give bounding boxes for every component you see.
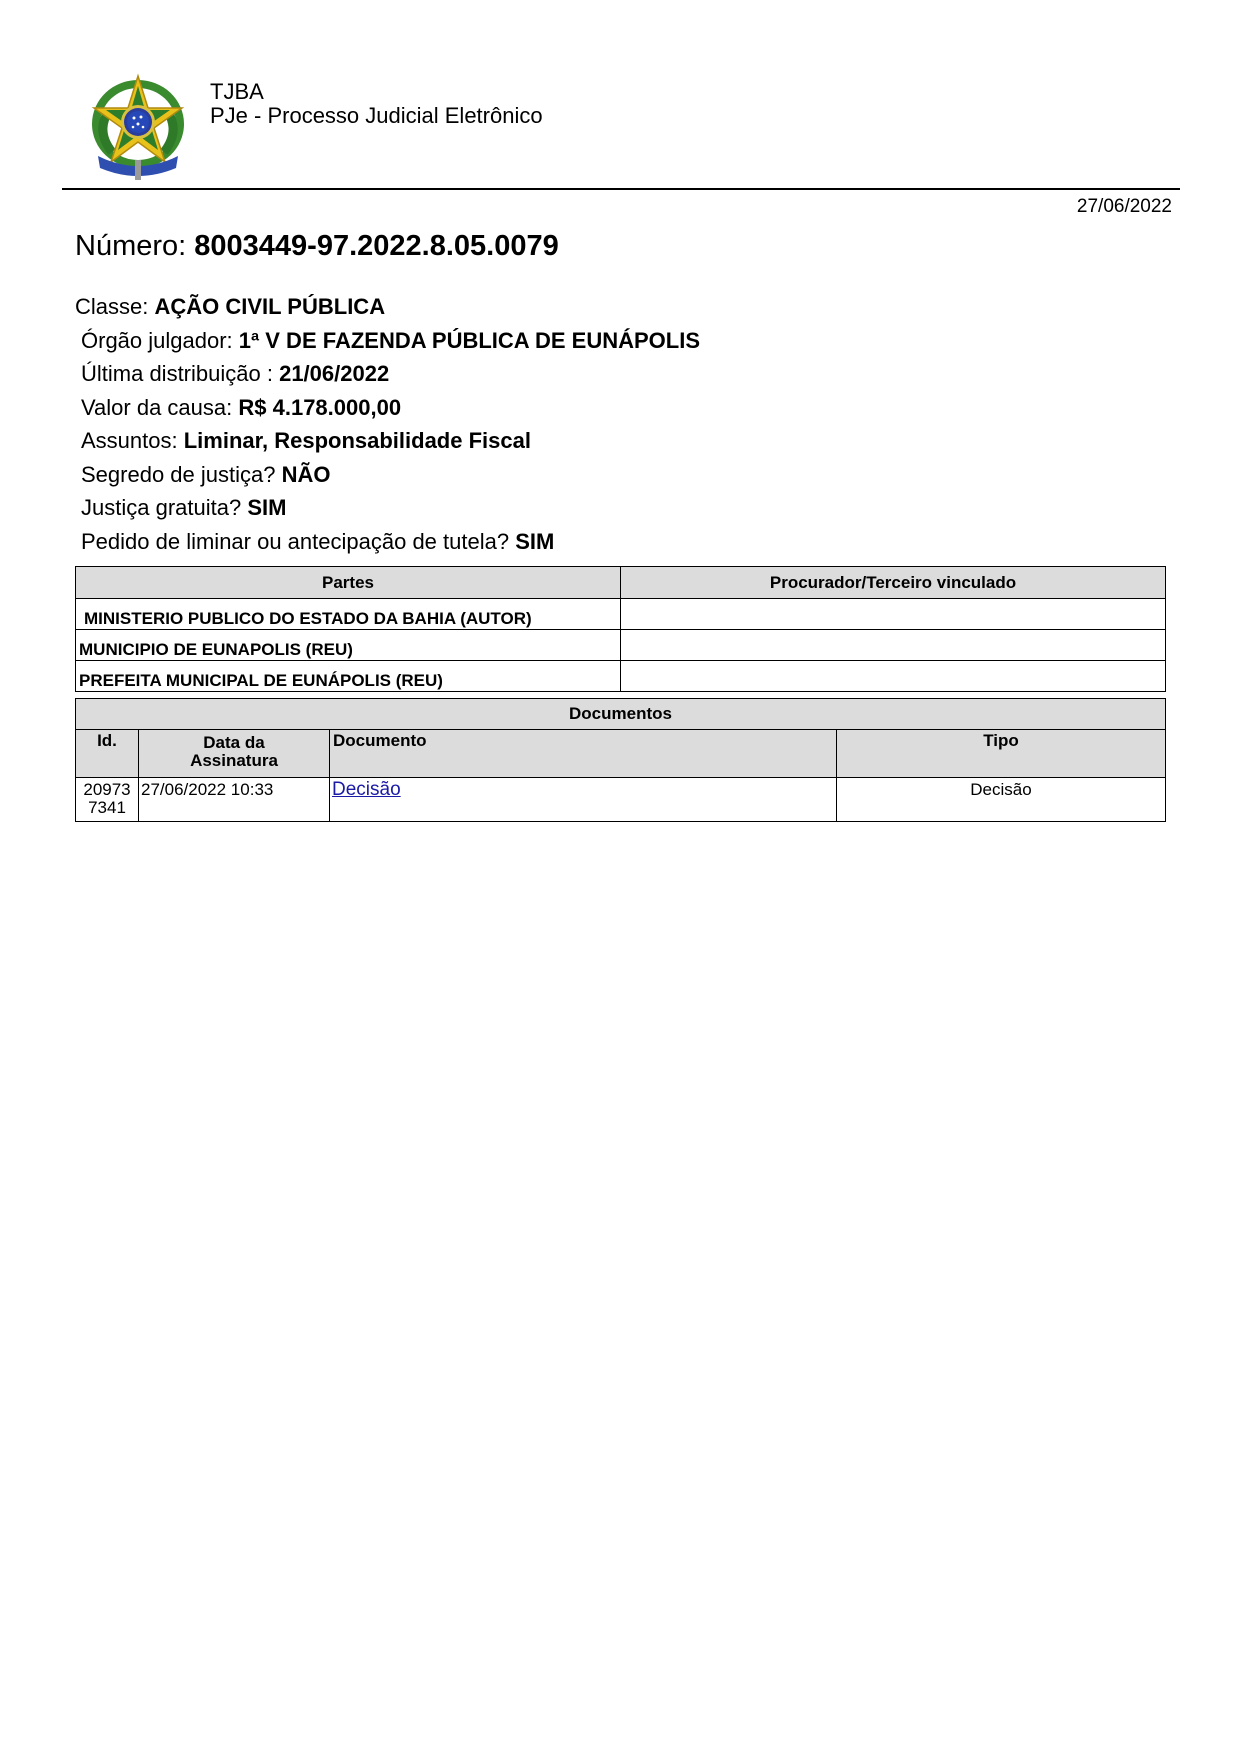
field-value: R$ 4.178.000,00	[238, 395, 401, 420]
table-row: MINISTERIO PUBLICO DO ESTADO DA BAHIA (A…	[76, 599, 1166, 630]
table-row: 20973 7341 27/06/2022 10:33 Decisão Deci…	[76, 778, 1166, 822]
field-label: Valor da causa:	[81, 395, 232, 420]
table-header-row: Id. Data da Assinatura Documento Tipo	[76, 730, 1166, 778]
table-title-row: Documentos	[76, 699, 1166, 730]
column-header-partes: Partes	[76, 567, 621, 599]
column-header-id: Id.	[76, 730, 139, 778]
table-row: MUNICIPIO DE EUNAPOLIS (REU)	[76, 630, 1166, 661]
process-number-label: Número:	[75, 230, 186, 262]
procurador-cell	[621, 630, 1166, 661]
field-ultima-distribuicao: Última distribuição : 21/06/2022	[75, 359, 700, 393]
header-divider	[62, 188, 1180, 190]
field-value: NÃO	[282, 462, 331, 487]
process-number-value: 8003449-97.2022.8.05.0079	[194, 230, 558, 262]
procurador-cell	[621, 599, 1166, 630]
field-value: Liminar, Responsabilidade Fiscal	[184, 428, 531, 453]
field-label: Justiça gratuita?	[81, 495, 241, 520]
document-link-decisao[interactable]: Decisão	[332, 779, 401, 800]
field-label: Segredo de justiça?	[81, 462, 275, 487]
documentos-title: Documentos	[76, 699, 1166, 730]
column-header-documento: Documento	[330, 730, 837, 778]
column-header-data-assinatura: Data da Assinatura	[139, 730, 330, 778]
field-justica-gratuita: Justiça gratuita? SIM	[75, 493, 700, 527]
field-segredo-justica: Segredo de justiça? NÃO	[75, 460, 700, 494]
field-valor-causa: Valor da causa: R$ 4.178.000,00	[75, 393, 700, 427]
field-label: Classe:	[75, 294, 148, 319]
field-label: Pedido de liminar ou antecipação de tute…	[81, 529, 509, 554]
print-date: 27/06/2022	[1077, 196, 1172, 218]
field-label: Órgão julgador:	[81, 328, 233, 353]
field-value: SIM	[247, 495, 286, 520]
field-value: 21/06/2022	[279, 361, 389, 386]
partes-table: Partes Procurador/Terceiro vinculado MIN…	[75, 566, 1166, 692]
table-row: PREFEITA MUNICIPAL DE EUNÁPOLIS (REU)	[76, 661, 1166, 692]
parte-cell: MINISTERIO PUBLICO DO ESTADO DA BAHIA (A…	[76, 599, 621, 630]
parte-cell: MUNICIPIO DE EUNAPOLIS (REU)	[76, 630, 621, 661]
doc-type-cell: Decisão	[837, 778, 1166, 822]
documentos-table: Documentos Id. Data da Assinatura Docume…	[75, 698, 1166, 822]
org-name: TJBA	[210, 80, 543, 104]
header-text: TJBA PJe - Processo Judicial Eletrônico	[210, 80, 543, 128]
field-assuntos: Assuntos: Liminar, Responsabilidade Fisc…	[75, 426, 700, 460]
process-fields: Classe: AÇÃO CIVIL PÚBLICA Órgão julgado…	[75, 292, 700, 560]
field-value: 1ª V DE FAZENDA PÚBLICA DE EUNÁPOLIS	[239, 328, 700, 353]
field-classe: Classe: AÇÃO CIVIL PÚBLICA	[75, 292, 700, 326]
doc-id-line2: 7341	[76, 799, 138, 817]
parte-cell: PREFEITA MUNICIPAL DE EUNÁPOLIS (REU)	[76, 661, 621, 692]
field-orgao-julgador: Órgão julgador: 1ª V DE FAZENDA PÚBLICA …	[75, 326, 700, 360]
doc-name-cell: Decisão	[330, 778, 837, 822]
field-label: Assuntos:	[81, 428, 178, 453]
field-value: AÇÃO CIVIL PÚBLICA	[154, 294, 385, 319]
doc-id-line1: 20973	[76, 781, 138, 799]
table-header-row: Partes Procurador/Terceiro vinculado	[76, 567, 1166, 599]
brazil-coat-of-arms-icon	[86, 72, 190, 184]
field-label: Última distribuição :	[81, 361, 273, 386]
doc-id-cell: 20973 7341	[76, 778, 139, 822]
procurador-cell	[621, 661, 1166, 692]
process-number: Número: 8003449-97.2022.8.05.0079	[75, 230, 559, 263]
column-header-tipo: Tipo	[837, 730, 1166, 778]
column-header-procurador: Procurador/Terceiro vinculado	[621, 567, 1166, 599]
field-pedido-liminar: Pedido de liminar ou antecipação de tute…	[75, 527, 700, 561]
system-name: PJe - Processo Judicial Eletrônico	[210, 104, 543, 128]
field-value: SIM	[515, 529, 554, 554]
doc-date-cell: 27/06/2022 10:33	[139, 778, 330, 822]
